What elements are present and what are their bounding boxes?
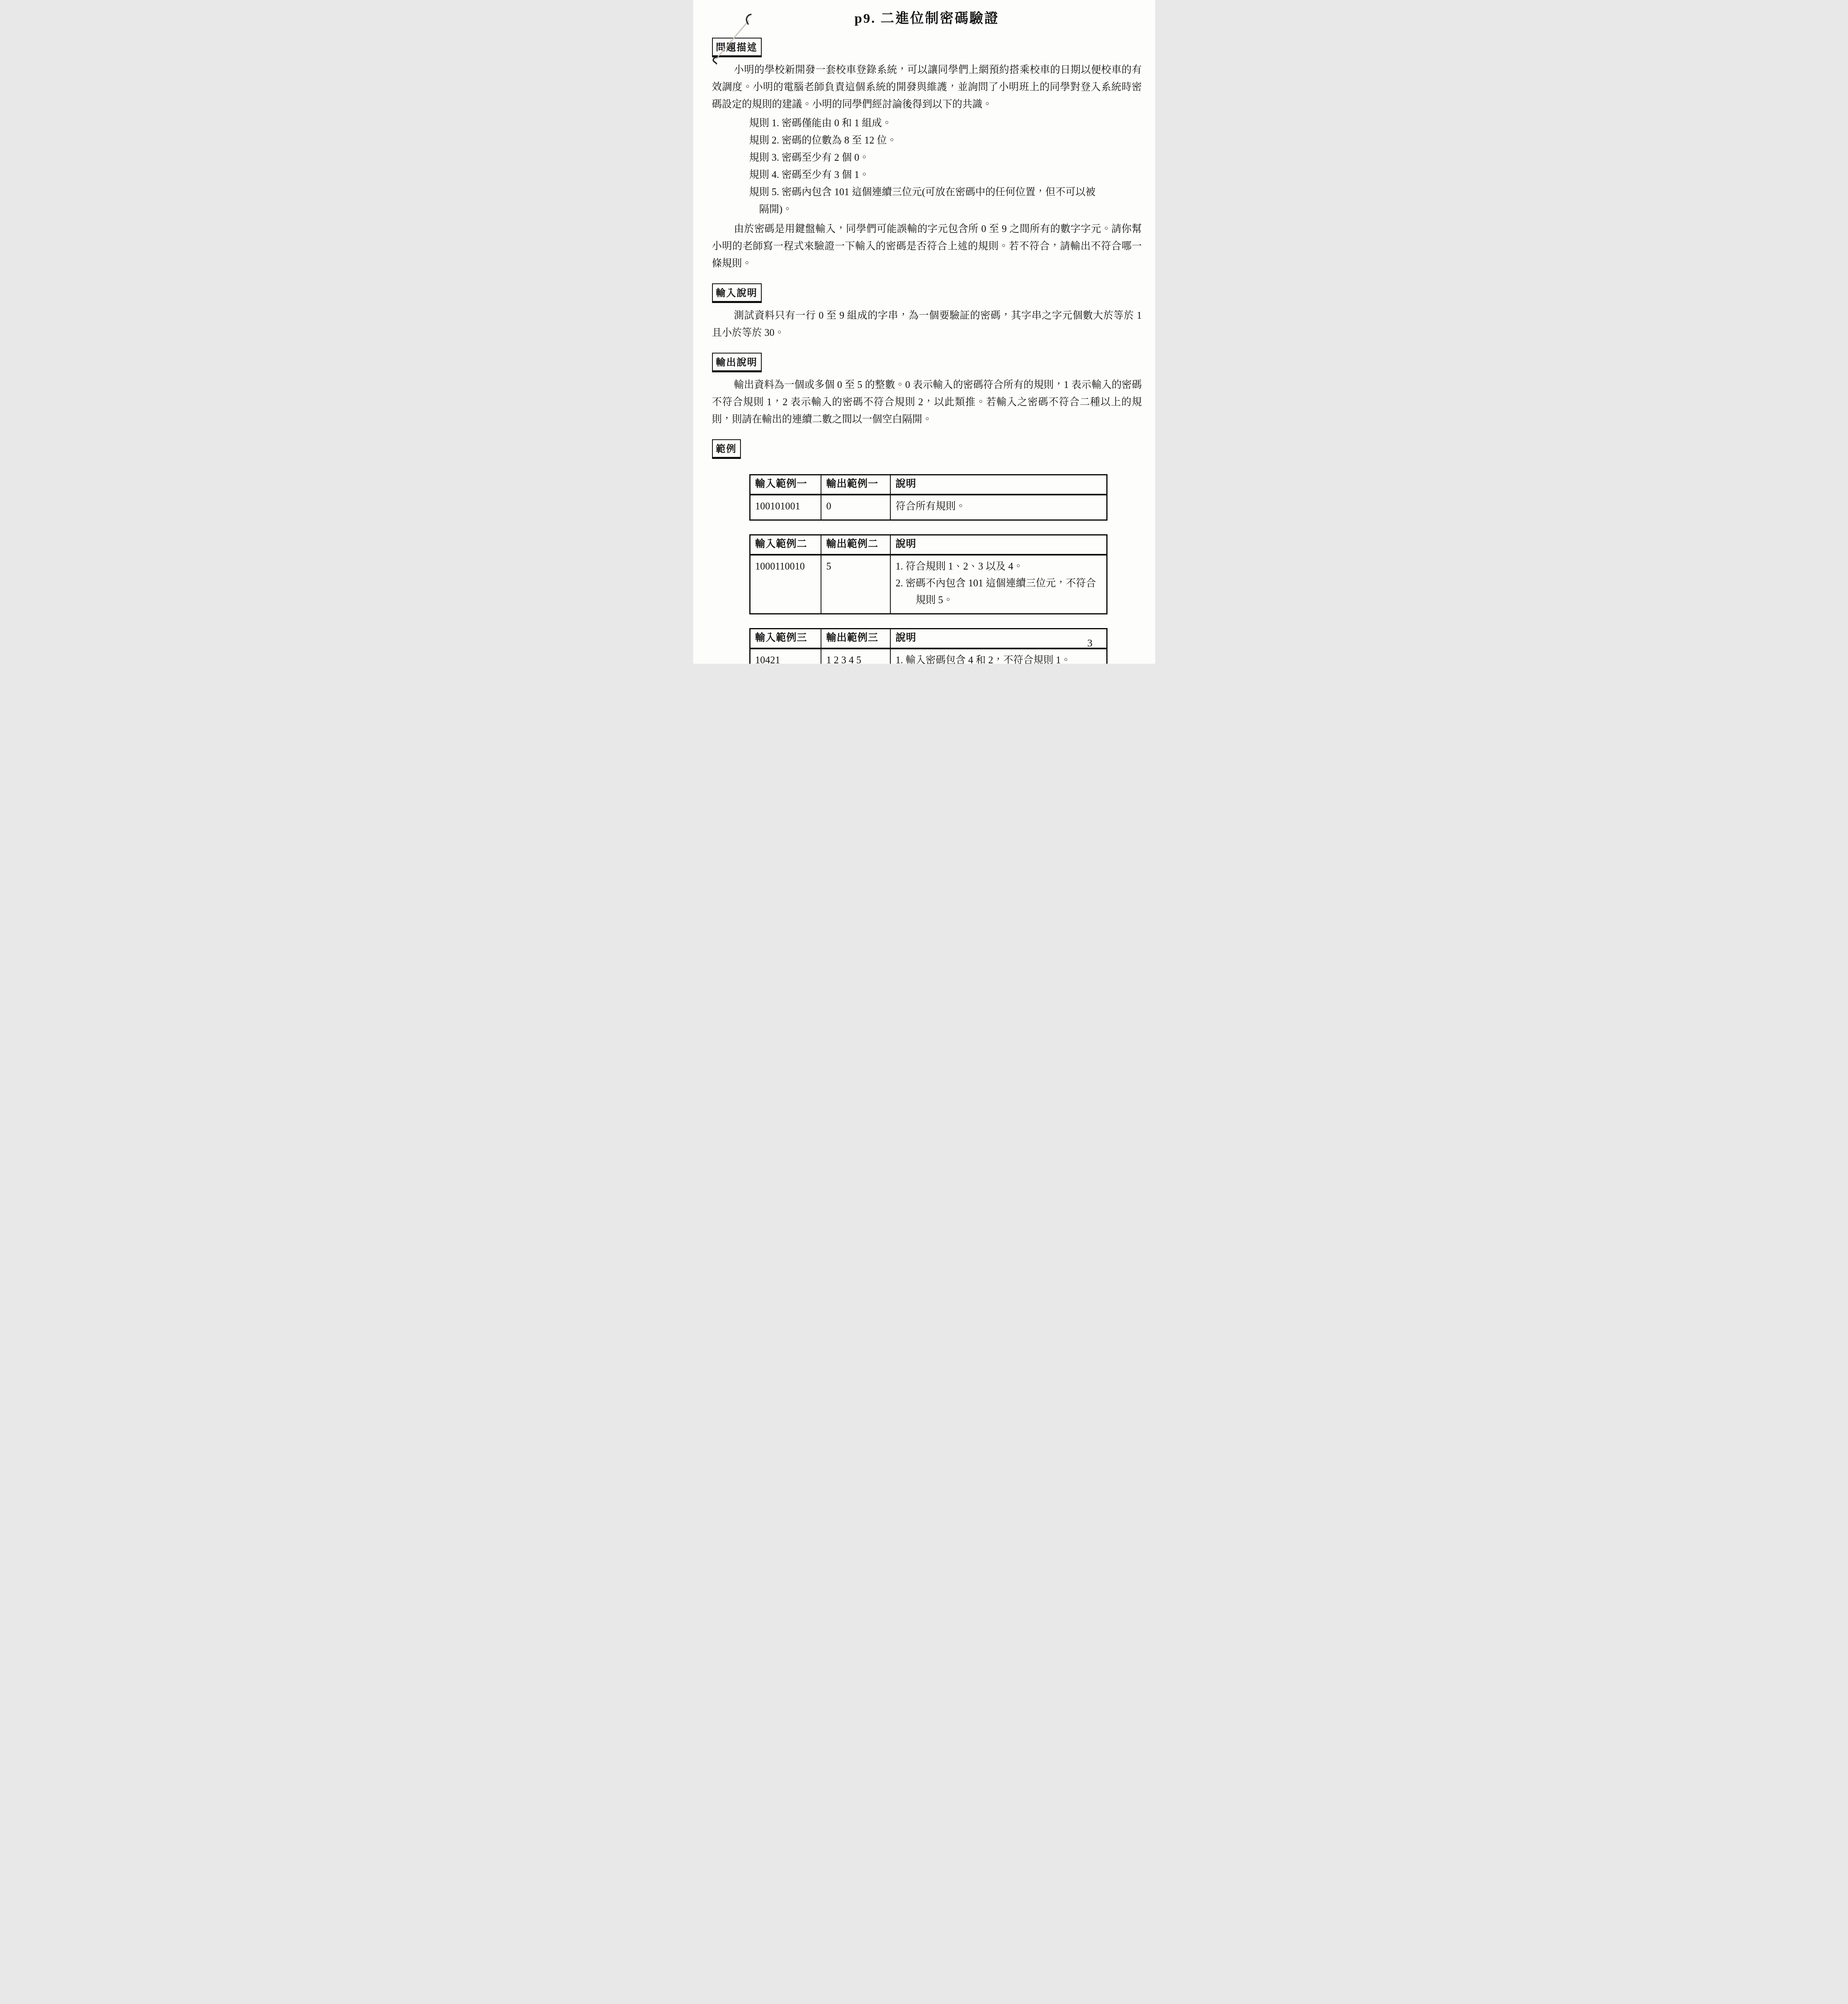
column-header-output-2: 輸出範例二 <box>821 535 890 555</box>
rule-item: 規則 3. 密碼至少有 2 個 0。 <box>749 149 1142 166</box>
example-2-output-value: 5 <box>821 555 890 614</box>
table-header-row: 輸入範例一 輸出範例一 說明 <box>750 475 1107 495</box>
section-heading-examples: 範例 <box>712 439 741 459</box>
table-row: 10421 1 2 3 4 5 1. 輸入密碼包含 4 和 2，不符合規則 1。… <box>750 648 1107 664</box>
example-table-3: 輸入範例三 輸出範例三 說明 10421 1 2 3 4 5 1. 輸入密碼包含… <box>749 628 1108 664</box>
rule-item: 規則 1. 密碼僅能由 0 和 1 組成。 <box>749 115 1142 132</box>
column-header-input-2: 輸入範例二 <box>750 535 821 555</box>
note-line: 2. 密碼不內包含 101 這個連續三位元，不符合 規則 5。 <box>896 575 1102 609</box>
note-line: 1. 輸入密碼包含 4 和 2，不符合規則 1。 <box>896 652 1102 664</box>
column-header-notes-3: 說明 <box>890 629 1107 649</box>
example-2-input-value: 1000110010 <box>750 555 821 614</box>
rules-list: 規則 1. 密碼僅能由 0 和 1 組成。規則 2. 密碼的位數為 8 至 12… <box>749 115 1142 218</box>
document-page: p9. 二進位制密碼驗證 問題描述 小明的學校新開發一套校車登錄系統，可以讓同學… <box>693 0 1155 664</box>
column-header-notes-1: 說明 <box>890 475 1107 495</box>
handwritten-pen-stroke <box>704 9 759 72</box>
rule-item: 規則 2. 密碼的位數為 8 至 12 位。 <box>749 132 1142 149</box>
column-header-output-3: 輸出範例三 <box>821 629 890 649</box>
column-header-input-3: 輸入範例三 <box>750 629 821 649</box>
example-2-notes: 1. 符合規則 1、2、3 以及 4。2. 密碼不內包含 101 這個連續三位元… <box>890 555 1107 614</box>
note-line: 1. 符合規則 1、2、3 以及 4。 <box>896 558 1102 575</box>
output-paragraph: 輸出資料為一個或多個 0 至 5 的整數。0 表示輸入的密碼符合所有的規則，1 … <box>712 376 1142 428</box>
table-row: 1000110010 5 1. 符合規則 1、2、3 以及 4。2. 密碼不內包… <box>750 555 1107 614</box>
example-table-2: 輸入範例二 輸出範例二 說明 1000110010 5 1. 符合規則 1、2、… <box>749 534 1108 614</box>
example-table-1: 輸入範例一 輸出範例一 說明 100101001 0 符合所有規則。 <box>749 474 1108 521</box>
page-number: 3 <box>1087 637 1093 649</box>
table-row: 100101001 0 符合所有規則。 <box>750 495 1107 520</box>
rule-item: 規則 5. 密碼內包含 101 這個連續三位元(可放在密碼中的任何位置，但不可以… <box>749 184 1142 218</box>
example-1-output-value: 0 <box>821 495 890 520</box>
table-header-row: 輸入範例二 輸出範例二 說明 <box>750 535 1107 555</box>
example-1-notes: 符合所有規則。 <box>890 495 1107 520</box>
table-header-row: 輸入範例三 輸出範例三 說明 <box>750 629 1107 649</box>
page-title: p9. 二進位制密碼驗證 <box>712 10 1142 28</box>
problem-paragraph-1: 小明的學校新開發一套校車登錄系統，可以讓同學們上網預約搭乘校車的日期以便校車的有… <box>712 61 1142 113</box>
column-header-input-1: 輸入範例一 <box>750 475 821 495</box>
rule-item: 規則 4. 密碼至少有 3 個 1。 <box>749 166 1142 184</box>
section-heading-output: 輸出說明 <box>712 353 762 372</box>
example-1-input-value: 100101001 <box>750 495 821 520</box>
note-line: 符合所有規則。 <box>896 498 1102 515</box>
column-header-output-1: 輸出範例一 <box>821 475 890 495</box>
column-header-notes-2: 說明 <box>890 535 1107 555</box>
example-3-notes: 1. 輸入密碼包含 4 和 2，不符合規則 1。2. 輸入密碼只有 5 位數，不… <box>890 648 1107 664</box>
problem-paragraph-2: 由於密碼是用鍵盤輸入，同學們可能誤輸的字元包含所 0 至 9 之間所有的數字字元… <box>712 220 1142 272</box>
section-heading-input: 輸入說明 <box>712 283 762 303</box>
example-3-input-value: 10421 <box>750 648 821 664</box>
input-paragraph: 測試資料只有一行 0 至 9 組成的字串，為一個要驗証的密碼，其字串之字元個數大… <box>712 307 1142 341</box>
example-3-output-value: 1 2 3 4 5 <box>821 648 890 664</box>
